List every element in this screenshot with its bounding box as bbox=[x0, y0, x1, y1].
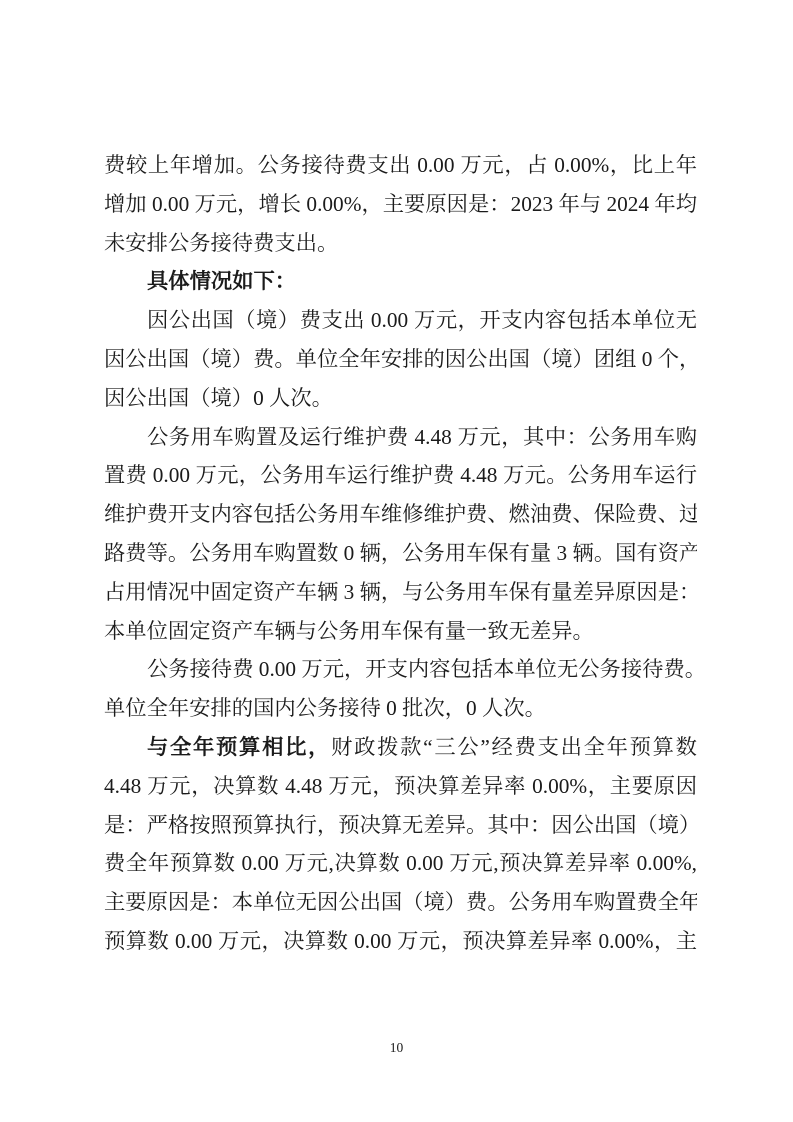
line-text: 具体情况如下： bbox=[147, 269, 296, 293]
text-line: 4.48 万元，决算数 4.48 万元，预决算差异率 0.00%，主要原因 bbox=[104, 767, 697, 806]
text-line: 置费 0.00 万元，公务用车运行维护费 4.48 万元。公务用车运行 bbox=[104, 456, 697, 495]
line-text: 公务接待费 0.00 万元，开支内容包括本单位无公务接待费。 bbox=[147, 657, 697, 681]
text-line: 未安排公务接待费支出。 bbox=[104, 224, 697, 263]
line-text: 费全年预算数 0.00 万元,决算数 0.00 万元,预决算差异率 0.00%, bbox=[104, 851, 697, 875]
text-line: 预算数 0.00 万元，决算数 0.00 万元，预决算差异率 0.00%，主 bbox=[104, 922, 697, 961]
line-text: 因公出国（境）0 人次。 bbox=[104, 386, 333, 410]
line-text: 4.48 万元，决算数 4.48 万元，预决算差异率 0.00%，主要原因 bbox=[104, 774, 697, 798]
text-line: 公务用车购置及运行维护费 4.48 万元，其中：公务用车购 bbox=[104, 418, 697, 457]
line-text: 增加 0.00 万元，增长 0.00%，主要原因是：2023 年与 2024 年… bbox=[104, 192, 697, 216]
line-text: 费较上年增加。公务接待费支出 0.00 万元，占 0.00%，比上年 bbox=[104, 153, 697, 177]
line-text: 维护费开支内容包括公务用车维修维护费、燃油费、保险费、过 bbox=[104, 502, 697, 526]
line-text: 预算数 0.00 万元，决算数 0.00 万元，预决算差异率 0.00%，主 bbox=[104, 929, 697, 953]
text-line: 主要原因是：本单位无因公出国（境）费。公务用车购置费全年 bbox=[104, 883, 697, 922]
document-page: 费较上年增加。公务接待费支出 0.00 万元，占 0.00%，比上年 增加 0.… bbox=[0, 0, 793, 1122]
text-line: 增加 0.00 万元，增长 0.00%，主要原因是：2023 年与 2024 年… bbox=[104, 185, 697, 224]
text-line: 因公出国（境）费支出 0.00 万元，开支内容包括本单位无 bbox=[104, 301, 697, 340]
text-line: 费全年预算数 0.00 万元,决算数 0.00 万元,预决算差异率 0.00%, bbox=[104, 844, 697, 883]
bold-lead-in: 与全年预算相比， bbox=[147, 735, 331, 759]
line-text: 财政拨款“三公”经费支出全年预算数 bbox=[331, 735, 697, 759]
line-text: 未安排公务接待费支出。 bbox=[104, 231, 338, 255]
text-line: 是：严格按照预算执行，预决算无差异。其中：因公出国（境） bbox=[104, 806, 697, 845]
text-line: 因公出国（境）费。单位全年安排的因公出国（境）团组 0 个， bbox=[104, 340, 697, 379]
line-text: 本单位固定资产车辆与公务用车保有量一致无差异。 bbox=[104, 619, 594, 643]
text-line: 路费等。公务用车购置数 0 辆，公务用车保有量 3 辆。国有资产 bbox=[104, 534, 697, 573]
text-line: 本单位固定资产车辆与公务用车保有量一致无差异。 bbox=[104, 612, 697, 651]
text-line: 具体情况如下： bbox=[104, 262, 697, 301]
line-text: 置费 0.00 万元，公务用车运行维护费 4.48 万元。公务用车运行 bbox=[104, 463, 697, 487]
line-text: 路费等。公务用车购置数 0 辆，公务用车保有量 3 辆。国有资产 bbox=[104, 541, 697, 565]
line-text: 是：严格按照预算执行，预决算无差异。其中：因公出国（境） bbox=[104, 813, 697, 837]
line-text: 因公出国（境）费支出 0.00 万元，开支内容包括本单位无 bbox=[147, 308, 697, 332]
line-text: 公务用车购置及运行维护费 4.48 万元，其中：公务用车购 bbox=[147, 425, 697, 449]
page-number: 10 bbox=[0, 1040, 793, 1056]
text-line: 维护费开支内容包括公务用车维修维护费、燃油费、保险费、过 bbox=[104, 495, 697, 534]
text-line: 单位全年安排的国内公务接待 0 批次，0 人次。 bbox=[104, 689, 697, 728]
line-text: 主要原因是：本单位无因公出国（境）费。公务用车购置费全年 bbox=[104, 890, 697, 914]
text-line: 占用情况中固定资产车辆 3 辆，与公务用车保有量差异原因是： bbox=[104, 573, 697, 612]
line-text: 单位全年安排的国内公务接待 0 批次，0 人次。 bbox=[104, 696, 546, 720]
text-line: 因公出国（境）0 人次。 bbox=[104, 379, 697, 418]
text-line: 费较上年增加。公务接待费支出 0.00 万元，占 0.00%，比上年 bbox=[104, 146, 697, 185]
text-line: 公务接待费 0.00 万元，开支内容包括本单位无公务接待费。 bbox=[104, 650, 697, 689]
line-text: 占用情况中固定资产车辆 3 辆，与公务用车保有量差异原因是： bbox=[104, 580, 697, 604]
line-text: 因公出国（境）费。单位全年安排的因公出国（境）团组 0 个， bbox=[104, 347, 697, 371]
text-line: 与全年预算相比，财政拨款“三公”经费支出全年预算数 bbox=[104, 728, 697, 767]
document-body: 费较上年增加。公务接待费支出 0.00 万元，占 0.00%，比上年 增加 0.… bbox=[104, 146, 697, 961]
